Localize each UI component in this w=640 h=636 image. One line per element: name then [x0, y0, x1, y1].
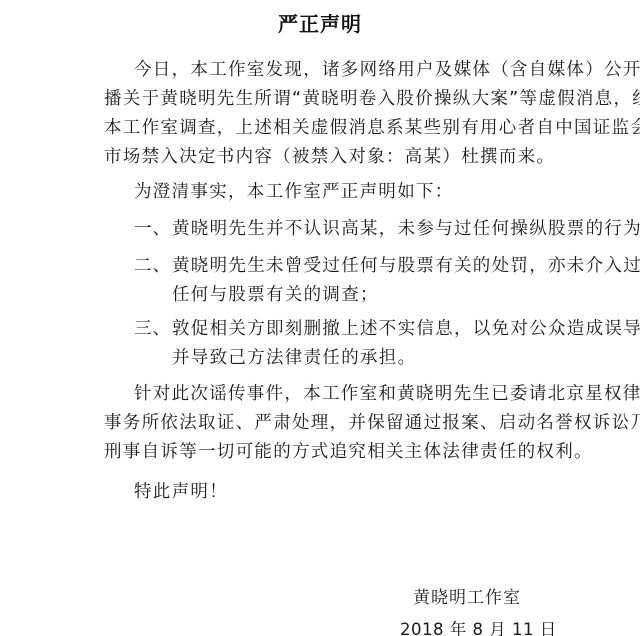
paragraph3-line3: 刑事自诉等一切可能的方式追究相关主体法律责任的权利。	[104, 438, 593, 463]
item2-line2: 任何与股票有关的调查；	[172, 281, 379, 306]
paragraph2: 为澄清事实，本工作室严正声明如下：	[134, 178, 454, 203]
paragraph3-line2: 事务所依法取证、严肃处理，并保留通过报案、启动名誉权诉讼乃至	[104, 409, 640, 434]
item1-line1: 黄晓明先生并不认识高某，未参与过任何操纵股票的行为；	[172, 215, 640, 240]
item3-line2: 并导致己方法律责任的承担。	[172, 344, 416, 369]
item1-number: 一、	[134, 215, 171, 240]
paragraph1-line3: 本工作室调查，上述相关虚假消息系某些别有用心者自中国证监会某	[104, 114, 640, 139]
paragraph1-line4: 市场禁入决定书内容（被禁入对象：高某）杜撰而来。	[104, 143, 555, 168]
signature: 黄晓明工作室	[413, 583, 521, 608]
paragraph1-line1: 今日，本工作室发现，诸多网络用户及媒体（含自媒体）公开传	[134, 56, 640, 81]
item3-number: 三、	[134, 315, 171, 340]
paragraph1-line2: 播关于黄晓明先生所谓“黄晓明卷入股价操纵大案”等虚假消息，经	[104, 85, 640, 110]
item2-line1: 黄晓明先生未曾受过任何与股票有关的处罚，亦未介入过	[172, 252, 640, 277]
closing-text: 特此声明！	[134, 478, 228, 503]
paragraph3-line1: 针对此次谣传事件，本工作室和黄晓明先生已委请北京星权律师	[134, 380, 640, 405]
document-title: 严正声明	[0, 8, 640, 37]
date: 2018 年 8 月 11 日	[400, 616, 557, 636]
item3-line1: 敦促相关方即刻删撤上述不实信息，以免对公众造成误导	[172, 315, 640, 340]
item2-number: 二、	[134, 252, 171, 277]
